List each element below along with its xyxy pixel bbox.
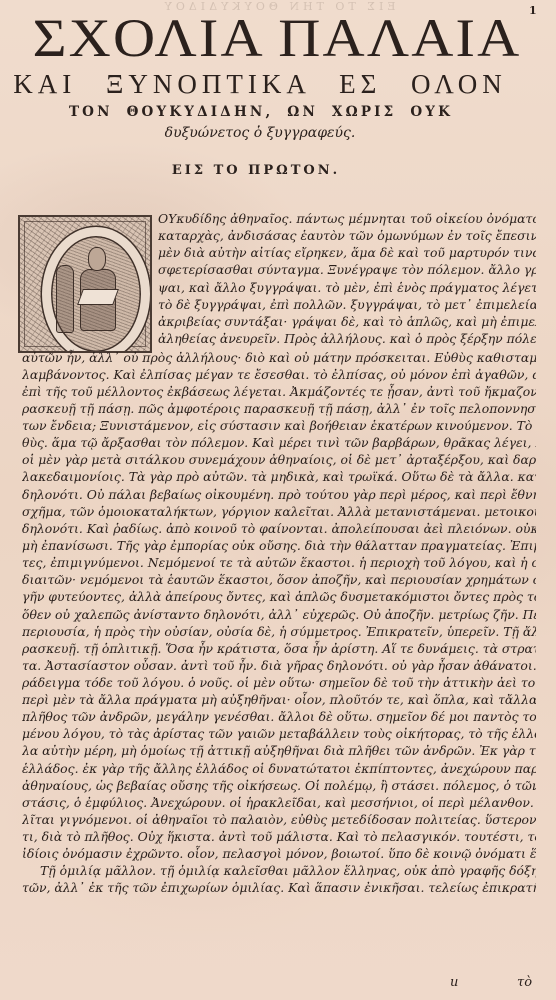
text-line: ἐπὶ τῆς τοῦ μέλλοντος ἐκβάσεως λέγεται. … <box>22 383 536 400</box>
text-line: τὸ δὲ ξυγγράψαι, ἐπὶ πολλῶν. ξυγγράψαι, … <box>158 296 536 313</box>
text-line: αὐτῶν ἦν, ἀλλ᾽ οὐ πρὸς ἀλλήλους· διὸ καὶ… <box>22 349 536 366</box>
catchword: τὸ <box>517 975 532 990</box>
book-page: ΕΙΣ ΤΟ ΤΗΝ ΘΟΥΚΥΔΙΔΟΥ 1 ΣΧΟΛΙΑ ΠΑΛΑΙΑ ΚΑ… <box>0 0 556 1000</box>
text-line: οἱ μὲν γὰρ μετὰ σιτάλκου συνεμάχουν ἀθην… <box>22 451 536 468</box>
subtitle-line-2: ΤΟΝ ΘΟΥΚΥΔΙΔΗΝ, ΩΝ ΧΩΡΙΣ ΟΥΚ <box>0 104 522 120</box>
page-title: ΣΧΟΛΙΑ ΠΑΛΑΙΑ <box>0 8 556 68</box>
text-line: λαμβάνοντος. Καὶ ἐλπίσας μέγαν τε ἔσεσθα… <box>22 366 536 383</box>
drop-cap-figure-left <box>56 265 74 333</box>
text-line: ἑλλάδος. ἐκ γὰρ τῆς ἄλλης ἑλλάδος οἱ δυν… <box>22 760 536 777</box>
text-line: ἰδίοις ὀνόμασιν ἐχρῶντο. οἷον, πελασγοὶ … <box>22 845 536 862</box>
text-line: τες, ἐπιμιγνύμενοι. Νεμόμενοί τε τὰ αὐτῶ… <box>22 554 536 571</box>
text-line: λῖται γιγνόμενοι. οἱ ἀθηναῖοι τὸ παλαιὸν… <box>22 811 536 828</box>
woodcut-drop-cap-o <box>18 215 152 353</box>
text-line: θὺς. ἅμα τῷ ἄρξασθαι τὸν πόλεμον. Καὶ μέ… <box>22 434 536 451</box>
text-line: των ἔνδεια; Ξυνιστάμενον, εἰς σύστασιν κ… <box>22 417 536 434</box>
text-line: ρασκευῇ τῇ πάσῃ. πῶς ἀμφοτέροις παρασκευ… <box>22 400 536 417</box>
text-line: ἀθηναίους, ὡς βεβαίας οὔσης τῆς οἰκήσεως… <box>22 777 536 794</box>
text-line: ΟΥκυδίδης ἀθηναῖος. πάντως μέμνηται τοῦ … <box>158 210 536 227</box>
text-line: στάσις, ὁ ἐμφύλιος. Ἀνεχώρουν. οἱ ἡρακλε… <box>22 794 536 811</box>
drop-cap-figure-head <box>88 247 106 271</box>
section-heading: ΕΙΣ ΤΟ ΠΡΩΤΟΝ. <box>0 163 512 179</box>
text-line: δηλονότι. Καὶ ῥαδίως. ἀπὸ κοινοῦ τὸ φαίν… <box>22 520 536 537</box>
text-line: καταρχὰς, ἀνδισάσας ἑαυτὸν τῶν ὁμωνύμων … <box>158 227 536 244</box>
text-line: ράδειγμα τόδε τοῦ λόγου. ὁ νοῦς. οἱ μὲν … <box>22 674 536 691</box>
text-line: διαιτῶν· νεμόμενοι τὰ ἑαυτῶν ἕκαστοι, ὅσ… <box>22 571 536 588</box>
text-line: τῶν, ἀλλ᾽ ἐκ τῆς τῶν ἐπιχωρίων ὁμιλίας. … <box>22 879 536 896</box>
text-line: πλῆθος τῶν ἀνδρῶν, μεγάλην γενέσθαι. ἄλλ… <box>22 708 536 725</box>
text-line: λακεδαιμονίοις. Τὰ γὰρ πρὸ αὐτῶν. τὰ μηδ… <box>22 468 536 485</box>
text-line: δηλονότι. Οὐ πάλαι βεβαίως οἰκουμένη. πρ… <box>22 486 536 503</box>
text-line: τα. Ἀστασίαστον οὖσαν. ἀντὶ τοῦ ἦν. διὰ … <box>22 657 536 674</box>
text-line: μὴ ἐπανίσωσι. Τῆς γὰρ ἐμπορίας οὐκ οὔσης… <box>22 537 536 554</box>
text-line: τι, διὰ τὸ πλῆθος. Οὐχ ἥκιστα. ἀντὶ τοῦ … <box>22 828 536 845</box>
text-line: μένου λόγου, τὸ τὰς ἀρίστας τῶν γαιῶν με… <box>22 725 536 742</box>
text-line: γῆν φυτεύοντες, ἀλλὰ ἀπείρους ὄντες, καὶ… <box>22 588 536 605</box>
text-line: ὅθεν οὐ χαλεπῶς ἀνίσταντο δηλονότι, ἀλλ᾽… <box>22 606 536 623</box>
subtitle: ΚΑΙ ΞΥΝΟΠΤΙΚΑ ΕΣ ΟΛΟΝ <box>0 69 520 99</box>
text-line: μὲν διὰ αὐτὴν αἰτίας εἴρηκεν, ἅμα δὲ καὶ… <box>158 244 536 261</box>
text-line: ψαι, καὶ ἄλλο ξυγγράψαι. τὸ μὲν, ἐπὶ ἑνὸ… <box>158 279 536 296</box>
text-line: ἀκριβείας συντάξαι· γράψαι δὲ, καὶ τὸ ἁπ… <box>158 313 536 330</box>
text-line: Τῇ ὁμιλίᾳ μᾶλλον. τῇ ὁμιλίᾳ καλεῖσθαι μᾶ… <box>40 862 536 879</box>
subtitle-line-3: δυξυώνετος ὁ ξυγγραφεύς. <box>0 124 520 142</box>
signature-mark: u <box>450 975 458 990</box>
text-line: ρασκευῇ. τῇ ὁπλιτικῇ. Ὅσα ἦν κράτιστα, ὅ… <box>22 640 536 657</box>
text-line: περιουσία, ἡ πρὸς τὴν οὐσίαν, οὐσία δὲ, … <box>22 623 536 640</box>
text-line: περὶ μὲν τὰ ἄλλα πράγματα μὴ αὐξηθῆναι· … <box>22 691 536 708</box>
text-line: λα αὐτὴν μέρη, μὴ ὁμοίως τῇ ἀττικῇ αὐξηθ… <box>22 742 536 759</box>
text-line: ἀληθείας ἀνευρεῖν. Πρὸς ἀλλήλους. καὶ ὁ … <box>158 330 536 347</box>
drop-cap-book-icon <box>77 289 119 305</box>
text-line: σχῆμα, τῶν ὁμοιοκαταλήκτων, γόργιον καλε… <box>22 503 536 520</box>
text-line: σφετερίσασθαι σύνταγμα. Ξυνέγραψε τὸν πό… <box>158 261 536 278</box>
